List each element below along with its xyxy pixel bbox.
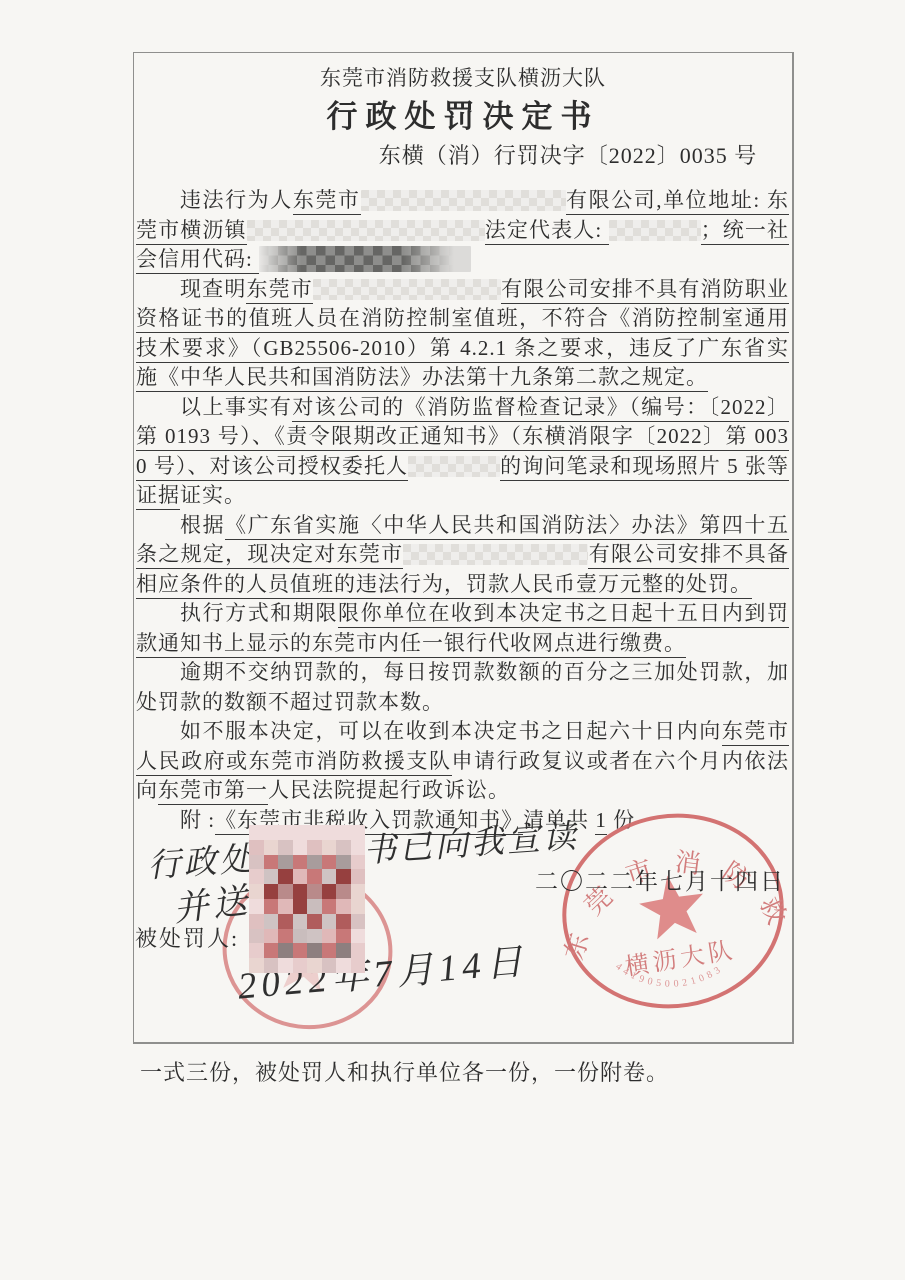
body-paragraph: 现查明东莞市有限公司安排不具有消防职业资格证书的值班人员在消防控制室值班，不符合… — [136, 275, 789, 393]
official-seal: 东莞市消防救援支队 横沥大队 4419050021083 — [542, 792, 803, 1030]
redaction-blur — [403, 544, 588, 565]
text-segment: 证实。 — [180, 483, 246, 507]
text-segment: 如不服本决定，可以在收到本决定书之日起六十日内向 — [180, 719, 722, 743]
text-segment: 现查明 — [180, 277, 246, 301]
text-segment: 违法行为人 — [180, 188, 293, 212]
decision-date: 二〇二二年七月十四日 — [535, 863, 785, 896]
redaction-blur — [259, 246, 471, 272]
body-paragraph: 执行方式和期限限你单位在收到本决定书之日起十五日内到罚款通知书上显示的东莞市内任… — [136, 599, 789, 658]
document-number: 东横（消）行罚决字〔2022〕0035 号 — [239, 139, 897, 170]
text-segment: 东莞市 — [293, 188, 361, 215]
text-segment: 东莞市第一 — [158, 778, 268, 805]
body-paragraph: 根据《广东省实施〈中华人民共和国消防法〉办法》第四十五条之规定，现决定对东莞市有… — [136, 511, 789, 600]
issuing-authority: 东莞市消防救援支队横沥大队 — [134, 62, 792, 92]
scanned-penalty-document: 东莞市消防救援支队横沥大队 行政处罚决定书 东横（消）行罚决字〔2022〕003… — [0, 0, 905, 1280]
text-segment: 东莞市 — [246, 277, 312, 304]
text-segment: 以上事实有 — [180, 395, 292, 419]
body-paragraph: 违法行为人东莞市有限公司,单位地址: 东莞市横沥镇法定代表人: ；统一社会信用代… — [136, 186, 789, 275]
redaction-blur — [313, 279, 501, 300]
text-segment: 法定代表人: — [485, 218, 609, 245]
punished-party-label: 被处罚人: — [135, 922, 239, 953]
redaction-blur — [247, 220, 485, 241]
mosaic-redaction — [249, 825, 365, 973]
body-paragraph: 如不服本决定，可以在收到本决定书之日起六十日内向东莞市人民政府或东莞市消防救援支… — [136, 717, 789, 806]
body-paragraph: 以上事实有对该公司的《消防监督检查记录》（编号：〔2022〕第 0193 号）、… — [136, 393, 789, 511]
redaction-blur — [408, 456, 500, 477]
body-paragraph: 逾期不交纳罚款的，每日按罚款数额的百分之三加处罚款，加处罚款的数额不超过罚款本数… — [136, 658, 789, 717]
text-segment: 逾期不交纳罚款的，每日按罚款数额的百分之三加处罚款，加处罚款的数额不超过罚款本数… — [136, 660, 789, 714]
document-border-frame: 东莞市消防救援支队横沥大队 行政处罚决定书 东横（消）行罚决字〔2022〕003… — [133, 52, 794, 1044]
text-segment: 附 : — [180, 808, 215, 832]
text-segment: 根据 — [180, 513, 225, 537]
redaction-blur — [361, 190, 566, 211]
copies-note: 一式三份，被处罚人和执行单位各一份，一份附卷。 — [140, 1056, 669, 1087]
text-segment: 执行方式和期限 — [180, 601, 338, 625]
document-title: 行政处罚决定书 — [134, 91, 792, 136]
redaction-blur — [609, 220, 701, 241]
text-segment: 人民法院提起行政诉讼。 — [268, 778, 510, 802]
document-body: 违法行为人东莞市有限公司,单位地址: 东莞市横沥镇法定代表人: ；统一社会信用代… — [136, 186, 789, 835]
